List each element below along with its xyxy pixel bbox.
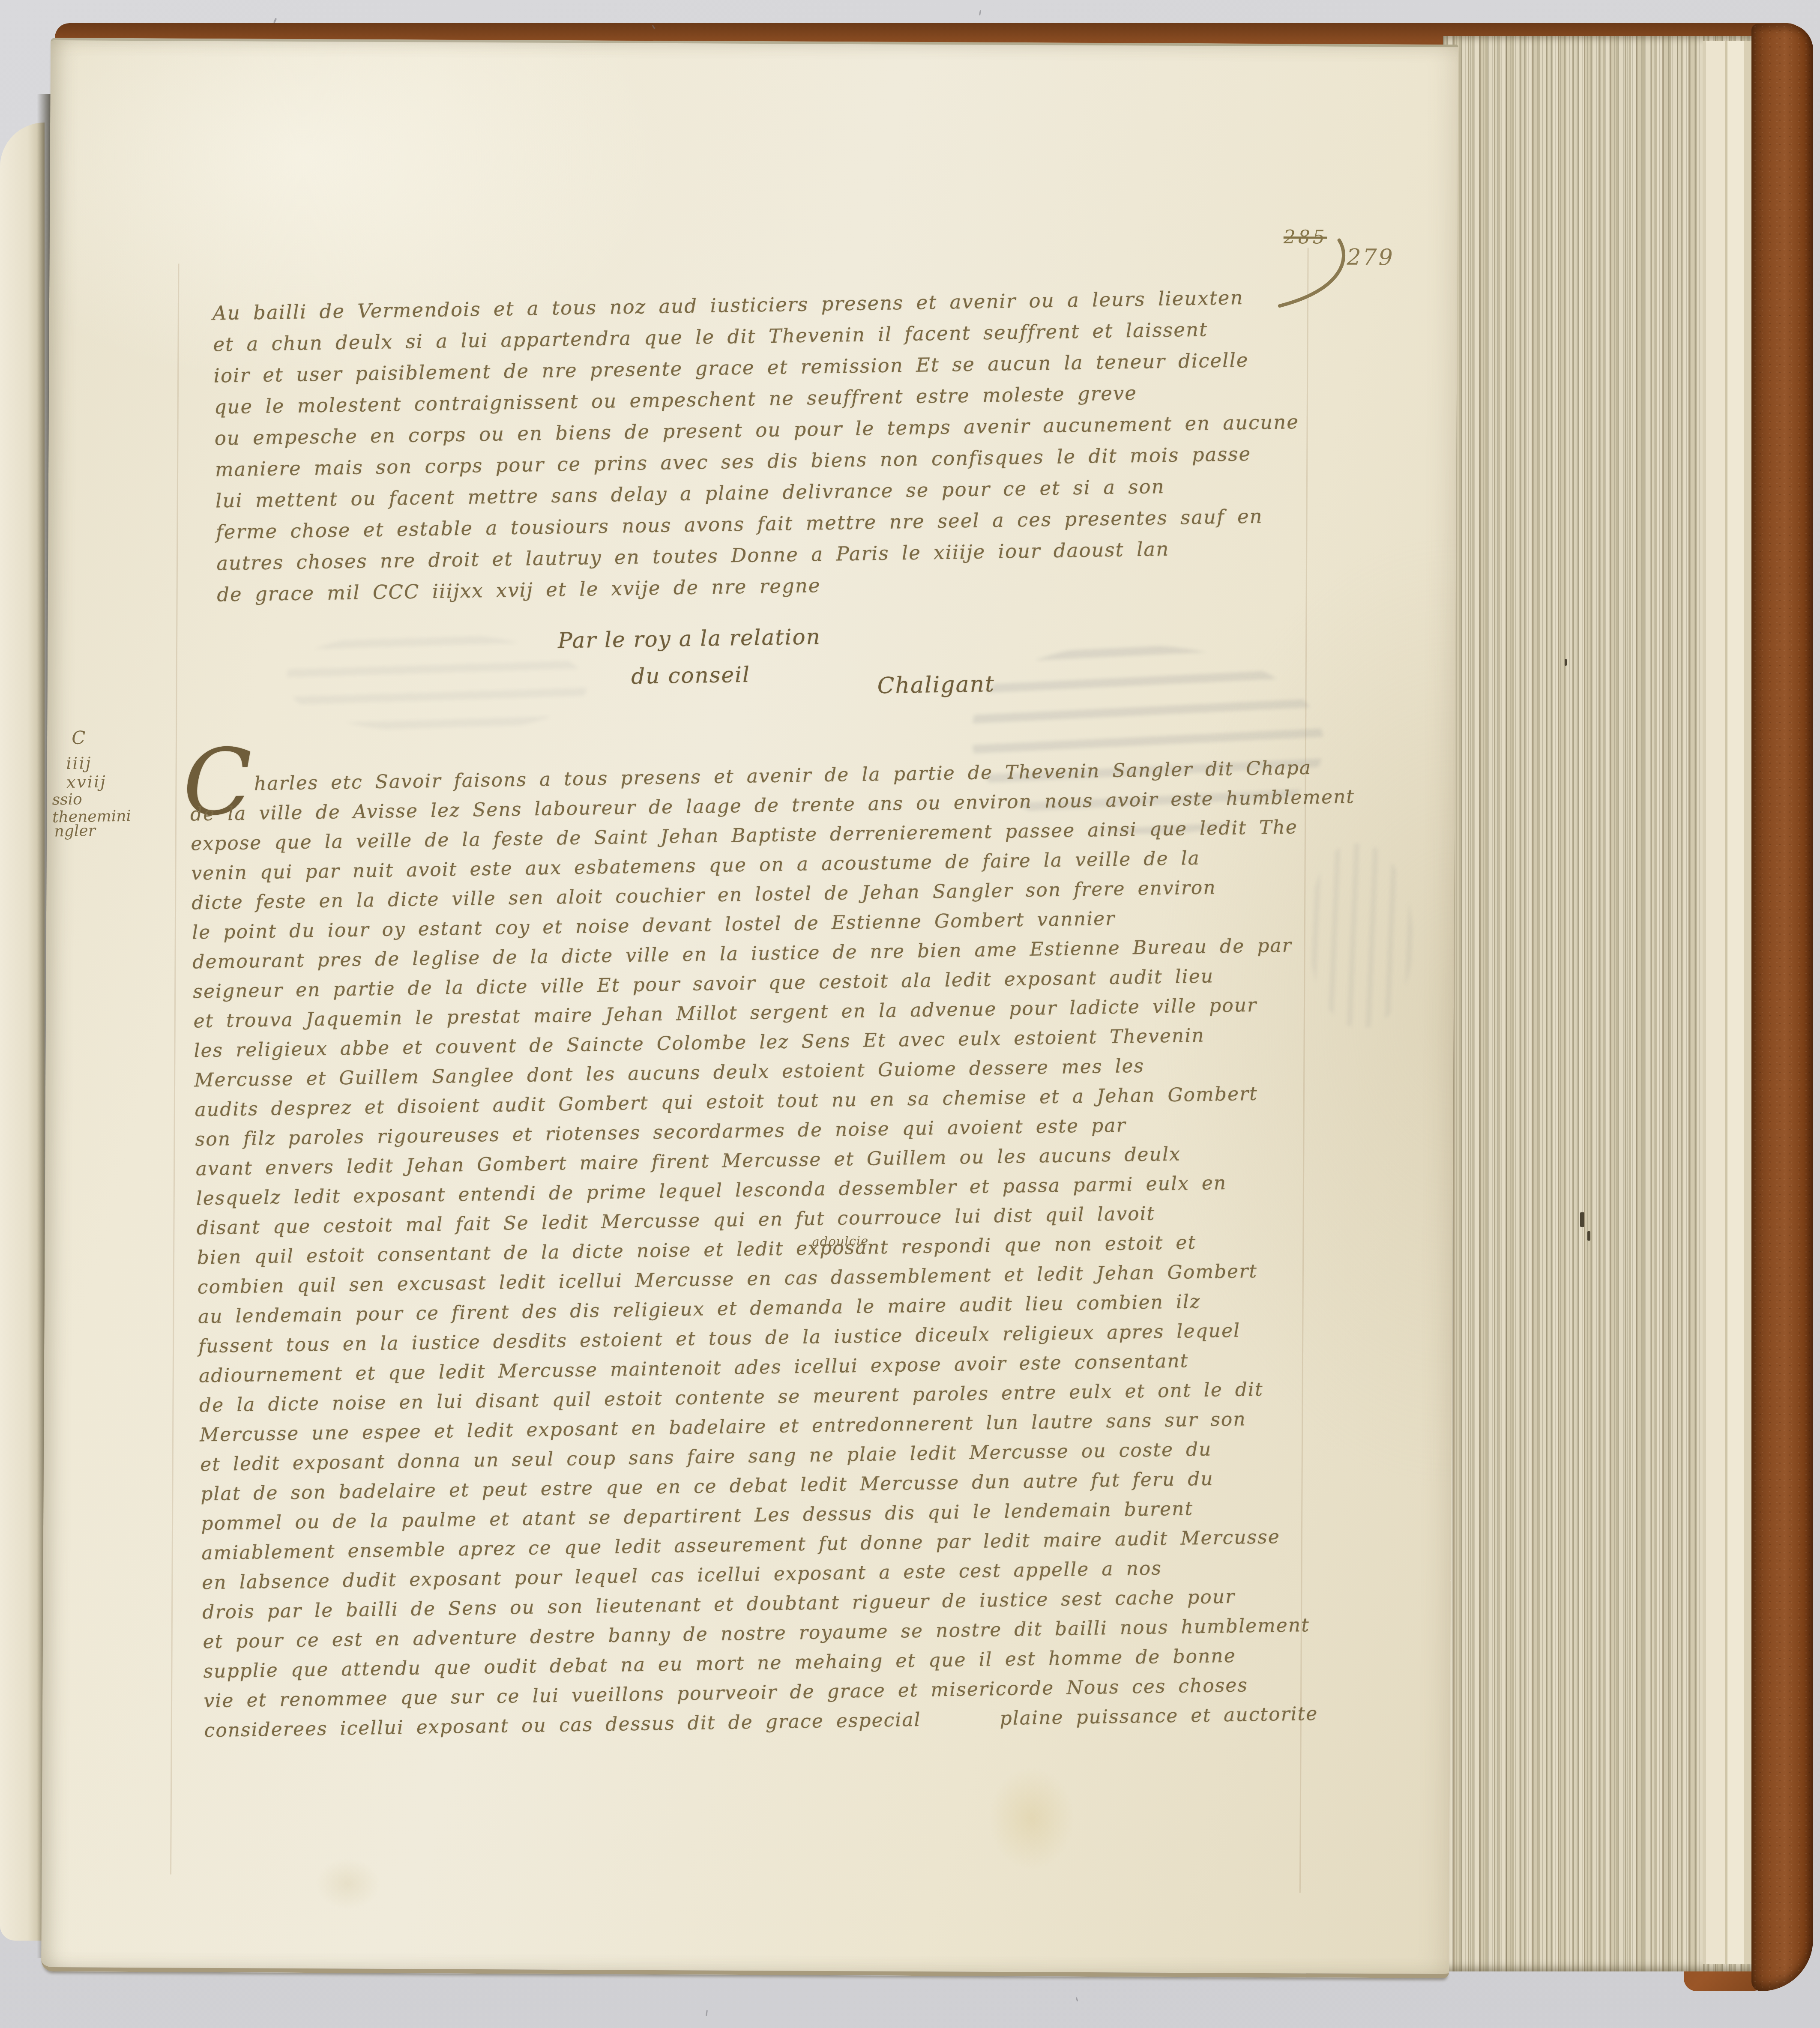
page-edge-fleck [1565,659,1567,666]
margin-note-line: ssio thenemini [52,790,131,826]
interlinear-insertion: adoulcie [812,1234,868,1249]
clerk-signature: Chaligant [877,671,995,699]
chancery-subscript-line1: Par le roy a la relation [558,624,821,653]
chancery-subscript-line2: du conseil [631,662,751,689]
paragraph-mark: C [72,727,86,748]
dust-speck [706,2010,708,2016]
leather-cover-right-edge [1751,24,1813,1991]
margin-note-line: iiij xviij [66,754,107,792]
page-edge-fleck [1587,1231,1590,1241]
manuscript-scan: 285 279 Au bailli de Vermendois et a tou… [0,0,1820,2028]
remission-entry-paragraph: harles etc Savoir faisons a tous presens… [190,753,1353,1745]
closing-formula-paragraph: Au bailli de Vermendois et a tous noz au… [213,281,1340,610]
dust-speck [273,18,277,24]
margin-note-line: ngler [54,822,96,840]
dust-speck [1076,1997,1078,2001]
leather-grain-texture [1751,24,1813,1991]
parchment-page: 285 279 Au bailli de Vermendois et a tou… [41,38,1458,1978]
handwriting-layer: Au bailli de Vermendois et a tous noz au… [45,23,1482,1971]
dust-speck [979,10,981,15]
endpaper-edges [1703,41,1752,1964]
page-edge-fleck [1580,1212,1584,1227]
